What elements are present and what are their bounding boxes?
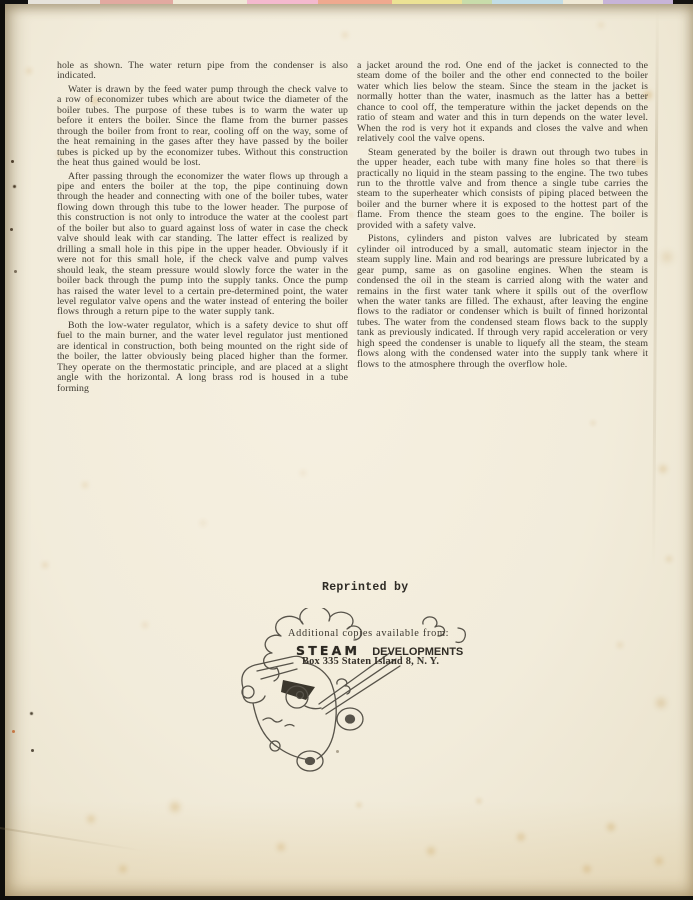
page-edge-band — [392, 0, 462, 4]
paragraph: Both the low-water regulator, which is a… — [57, 321, 348, 394]
page-edge-band — [673, 0, 693, 4]
paragraph: Pistons, cylinders and piston valves are… — [357, 234, 648, 370]
page-edge-band — [462, 0, 492, 4]
page-edge-band — [173, 0, 247, 4]
page-edge-band — [318, 0, 392, 4]
left-column: hole as shown. The water return pipe fro… — [57, 61, 348, 397]
paragraph: Steam generated by the boiler is drawn o… — [357, 148, 648, 232]
paragraph: Water is drawn by the feed water pump th… — [57, 85, 348, 169]
page-edge-band — [492, 0, 563, 4]
page-edge-band — [563, 0, 603, 4]
page-edge-band — [247, 0, 318, 4]
reprinted-by-label: Reprinted by — [322, 581, 408, 594]
page-edge-band — [603, 0, 673, 4]
stamp-note: Additional copies available from: — [288, 628, 449, 639]
paragraph: hole as shown. The water return pipe fro… — [57, 61, 348, 82]
paragraph: After passing through the economizer the… — [57, 172, 348, 318]
article-text: hole as shown. The water return pipe fro… — [57, 61, 649, 397]
stamp-address: Box 335 Staten Island 8, N. Y. — [302, 656, 439, 667]
scanned-document-scene: hole as shown. The water return pipe fro… — [0, 0, 693, 900]
paragraph: a jacket around the rod. One end of the … — [357, 61, 648, 145]
page-edge-band — [100, 0, 173, 4]
page-edge-band — [0, 0, 28, 4]
page-edge-band — [28, 0, 100, 4]
right-column: a jacket around the rod. One end of the … — [357, 61, 648, 397]
book-page-edges — [0, 0, 693, 4]
